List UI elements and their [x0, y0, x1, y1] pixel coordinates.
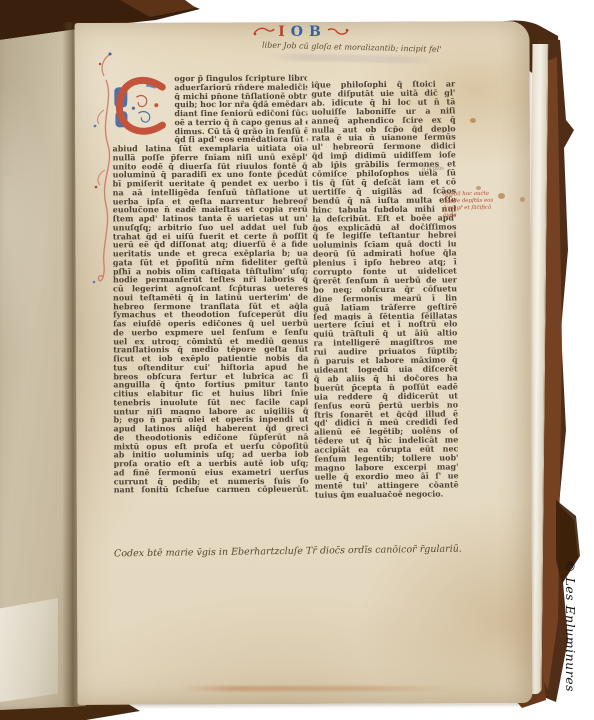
- column1-lines: ogor p̄ ſingulos ſcripture librosaduerſa…: [112, 74, 308, 495]
- initial-C-icon: [112, 75, 170, 136]
- text-line: tuius q̄m eualuac̄oē negocio.: [315, 489, 459, 499]
- stain: [520, 197, 525, 202]
- marginal-note-ink: q̄ iā p̄ſūs: [422, 165, 444, 172]
- text-line: aude: [443, 211, 501, 219]
- running-title-letter: O: [291, 24, 306, 40]
- penwork-flourish-left-icon: [253, 26, 275, 38]
- red-note-lines: Gnābil hoc auc̄taintēde depſtūs eosq̄ ma…: [443, 190, 501, 219]
- marginal-note-red: Gnābil hoc auc̄taintēde depſtūs eosq̄ ma…: [443, 190, 501, 219]
- photo-credit: © Les Enluminures: [561, 560, 578, 712]
- running-title-letter: B: [309, 24, 324, 40]
- page-bottom-stain: [180, 686, 450, 691]
- running-title-letter: I: [278, 24, 288, 40]
- running-title: I O B: [236, 24, 366, 40]
- text-line: nant ſonitū ſcheſue carmen cōpleuerūt.: [114, 485, 309, 494]
- column2-lines: iq̄ue philoſophi q̄ ſtoici argute diſput…: [311, 79, 459, 499]
- illuminated-initial: [112, 75, 170, 136]
- text-column-main: ogor p̄ ſingulos ſcripture librosaduerſa…: [112, 74, 308, 497]
- stain: [470, 118, 476, 123]
- stain: [476, 186, 481, 190]
- page-edges-bottom-left: [0, 598, 58, 702]
- manuscript-photo: I O B liber Job cū gloſa et moralizantib…: [0, 0, 594, 720]
- penwork-flourish-right-icon: [327, 26, 349, 38]
- text-column-gloss: iq̄ue philoſophi q̄ ſtoici argute diſput…: [311, 79, 459, 498]
